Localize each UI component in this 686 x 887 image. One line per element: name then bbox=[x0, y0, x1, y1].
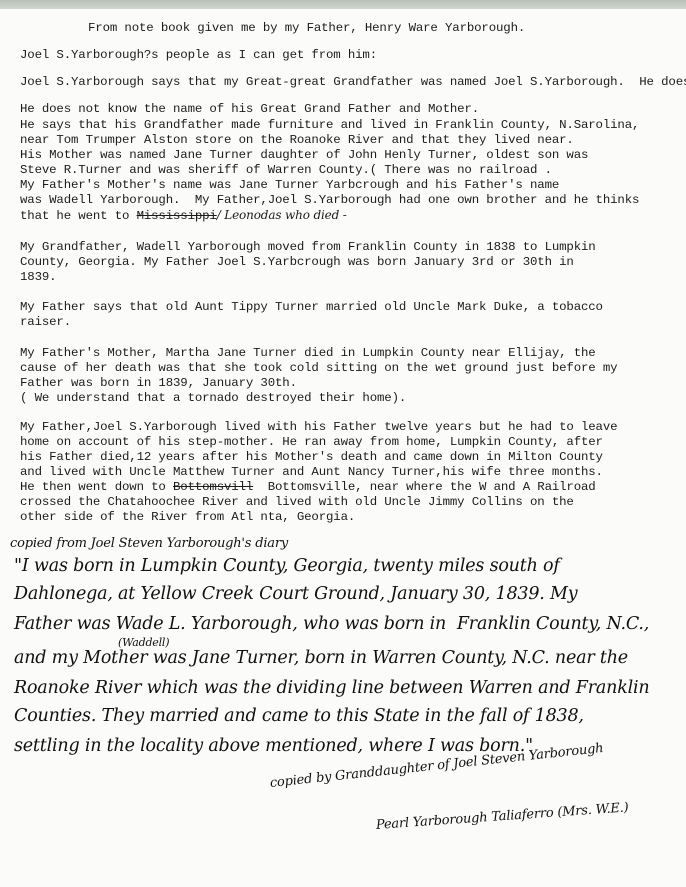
text-line: Father was born in 1839, January 30th. bbox=[20, 376, 297, 391]
text-line: Joel S.Yarborough says that my Great-gre… bbox=[20, 75, 686, 90]
text-line: My Grandfather, Wadell Yarborough moved … bbox=[20, 240, 596, 255]
text-line: and lived with Uncle Matthew Turner and … bbox=[20, 465, 603, 480]
document-header: From note book given me by my Father, He… bbox=[88, 21, 525, 36]
text-line: raiser. bbox=[20, 315, 71, 330]
text-line: cause of her death was that she took col… bbox=[20, 361, 617, 376]
text-line: near Tom Trumper Alston store on the Roa… bbox=[20, 133, 574, 148]
handwritten-line: and my Mother was Jane Turner, born in W… bbox=[14, 648, 628, 668]
handwritten-line: settling in the locality above mentioned… bbox=[14, 736, 533, 756]
signature: Pearl Yarborough Taliaferro (Mrs. W.E.) bbox=[375, 800, 628, 833]
text-line: his Father died,12 years after his Mothe… bbox=[20, 450, 603, 465]
handwritten-line: Father was Wade L. Yarborough, who was b… bbox=[14, 614, 649, 634]
text-line: home on account of his step-mother. He r… bbox=[20, 435, 603, 450]
text-line: County, Georgia. My Father Joel S.Yarbcr… bbox=[20, 255, 574, 270]
struck-text: Bottomsvill bbox=[173, 480, 253, 494]
handwritten-line: Roanoke River which was the dividing lin… bbox=[14, 678, 649, 698]
handwritten-source-note: copied from Joel Steven Yarborough's dia… bbox=[10, 536, 288, 551]
text-line: Steve R.Turner and was sheriff of Warren… bbox=[20, 163, 552, 178]
handwritten-line: "I was born in Lumpkin County, Georgia, … bbox=[14, 556, 560, 576]
text-segment: He then went down to bbox=[20, 480, 173, 494]
text-line: He says that his Grandfather made furnit… bbox=[20, 118, 639, 133]
handwritten-line: Counties. They married and came to this … bbox=[14, 706, 584, 726]
text-line: was Wadell Yarborough. My Father,Joel S.… bbox=[20, 193, 639, 208]
text-line-with-correction: He then went down to Bottomsvill Bottoms… bbox=[20, 480, 596, 495]
text-line: He does not know the name of his Great G… bbox=[20, 102, 479, 117]
text-line: crossed the Chatahoochee River and lived… bbox=[20, 495, 574, 510]
text-line: His Mother was named Jane Turner daughte… bbox=[20, 148, 588, 163]
scan-edge-strip bbox=[0, 0, 686, 9]
text-line: My Father says that old Aunt Tippy Turne… bbox=[20, 300, 603, 315]
text-line: ( We understand that a tornado destroyed… bbox=[20, 391, 406, 406]
handwritten-correction: / Leonodas who died - bbox=[217, 208, 347, 222]
intro-line: Joel S.Yarborough?s people as I can get … bbox=[20, 48, 377, 63]
text-line: My Father's Mother's name was Jane Turne… bbox=[20, 178, 559, 193]
struck-text: Mississippi bbox=[137, 209, 217, 223]
text-line-with-correction: that he went to Mississippi/ Leonodas wh… bbox=[20, 208, 347, 224]
handwritten-line: Dahlonega, at Yellow Creek Court Ground,… bbox=[14, 584, 577, 604]
text-segment: that he went to bbox=[20, 209, 137, 223]
text-segment: Bottomsville, near where the W and A Rai… bbox=[253, 480, 595, 494]
text-line: My Father,Joel S.Yarborough lived with h… bbox=[20, 420, 617, 435]
text-line: My Father's Mother, Martha Jane Turner d… bbox=[20, 346, 596, 361]
text-line: 1839. bbox=[20, 270, 56, 285]
text-line: other side of the River from Atl nta, Ge… bbox=[20, 510, 355, 525]
